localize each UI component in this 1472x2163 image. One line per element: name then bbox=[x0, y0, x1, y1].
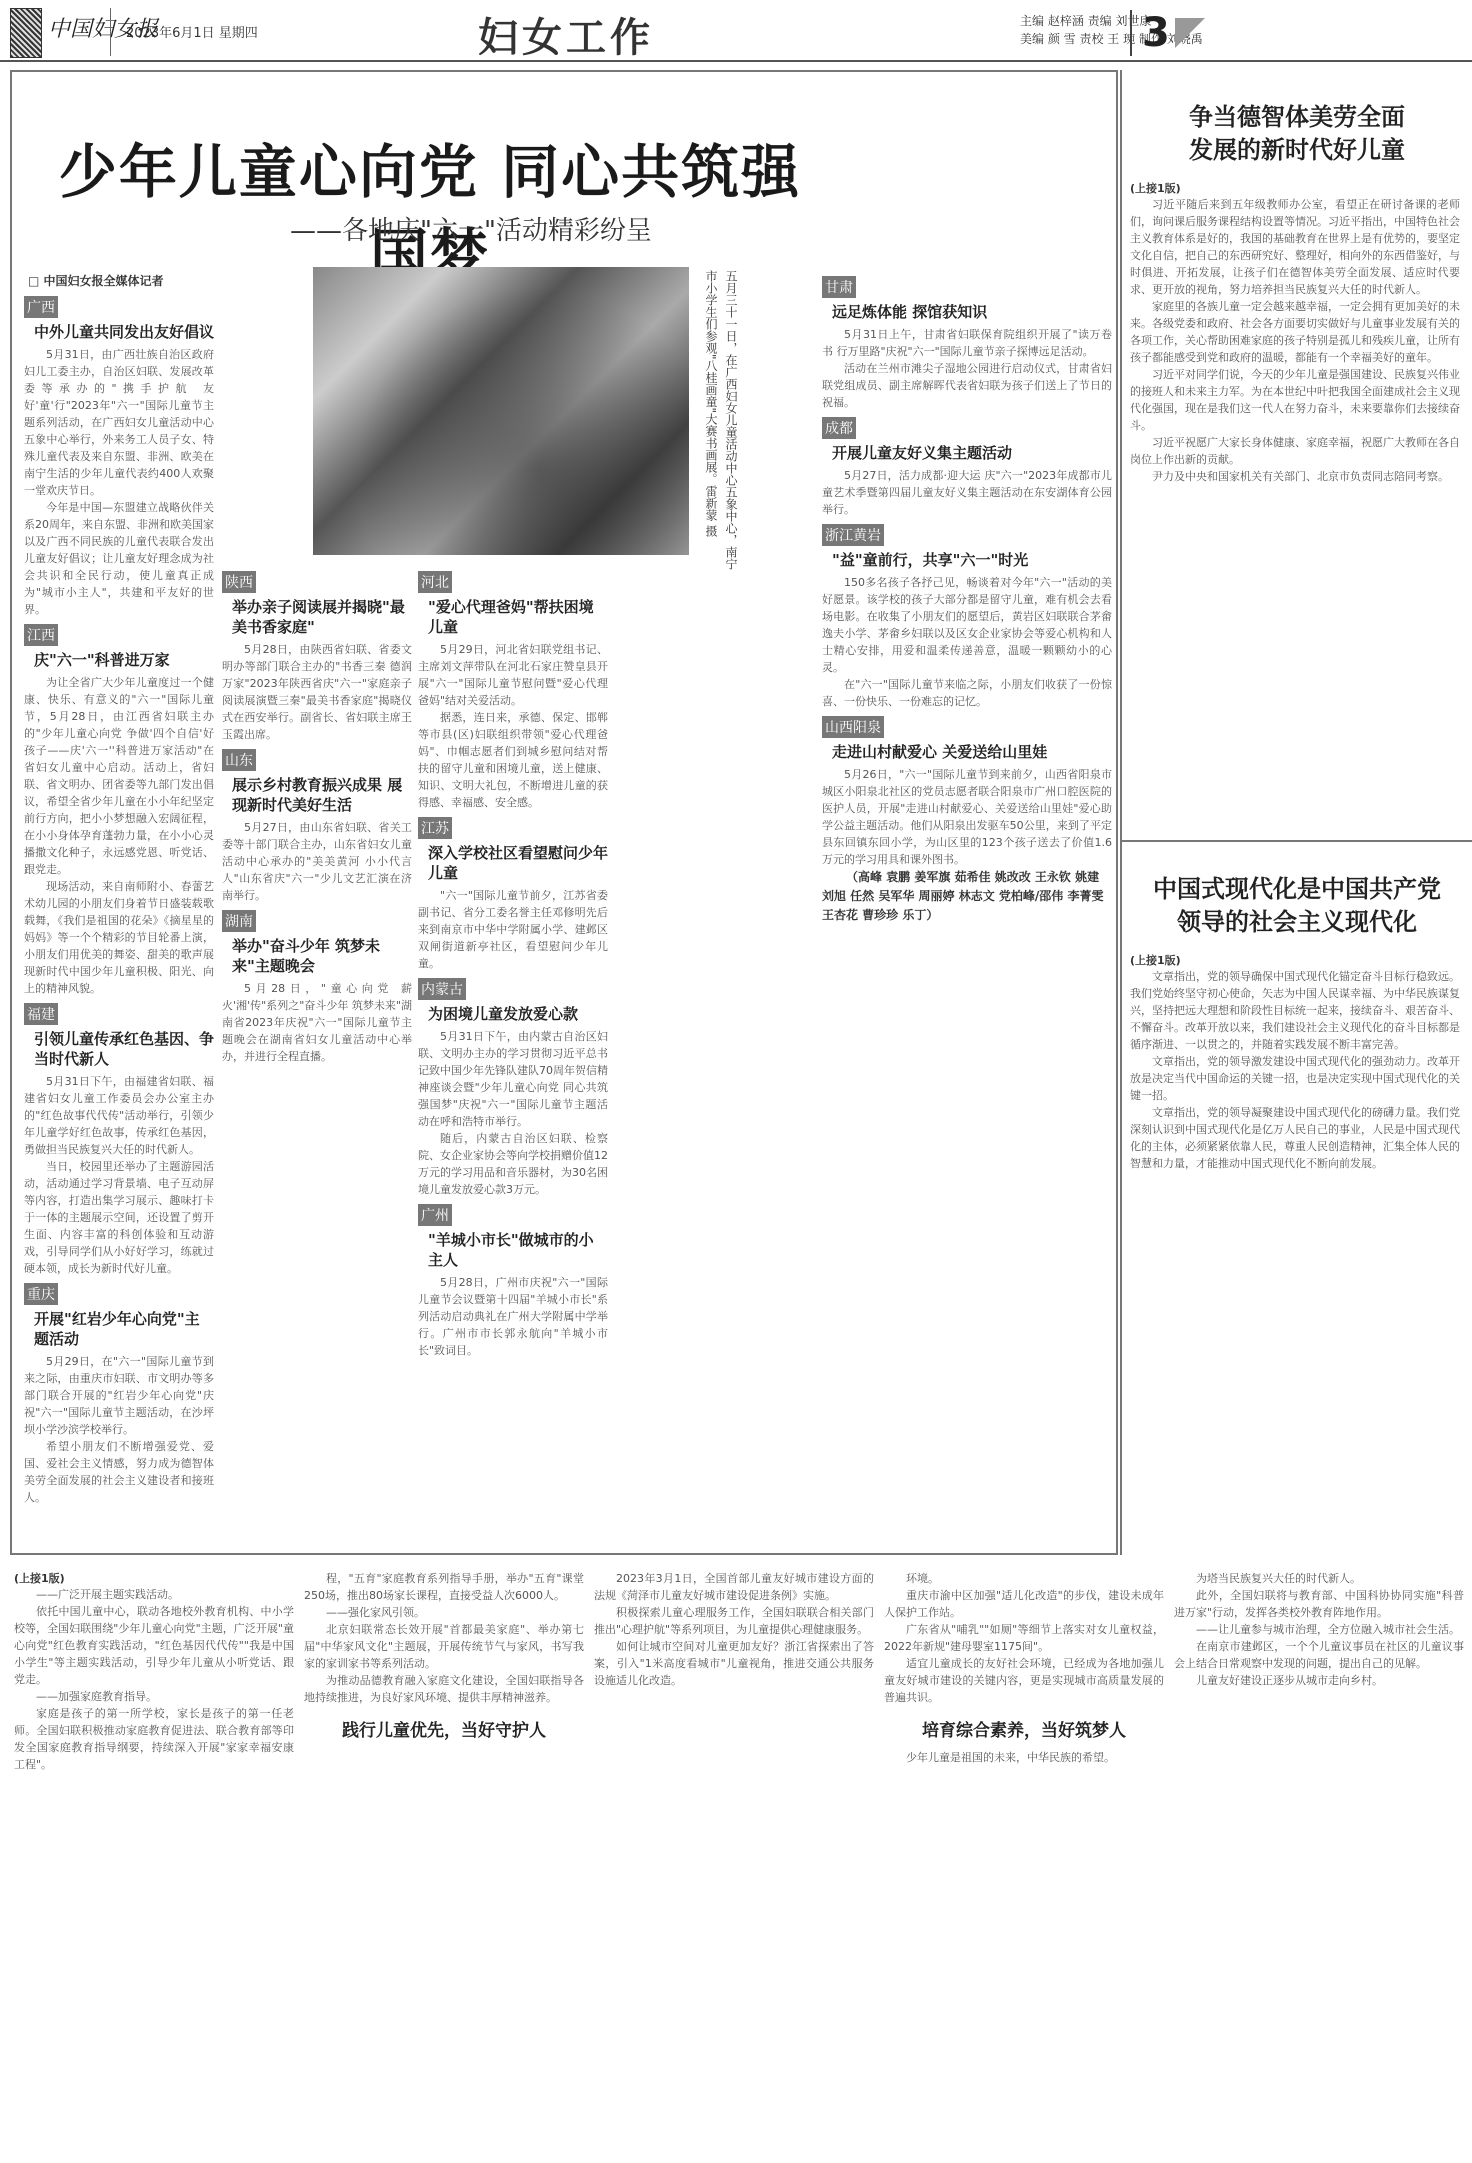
sidebar-article-title: 争当德智体美劳全面 发展的新时代好儿童 bbox=[1122, 100, 1472, 166]
paragraph: 如何让城市空间对儿童更加友好？浙江省探索出了答案，引入"1米高度看城市"儿童视角… bbox=[594, 1638, 874, 1689]
paragraph: 程，"五育"家庭教育系列指导手册，举办"五育"课堂250场，推出80场家长课程，… bbox=[304, 1570, 584, 1604]
region-section-neimenggu: 内蒙古 为困境儿童发放爱心款 5月31日下午，由内蒙古自治区妇联、文明办主办的学… bbox=[418, 972, 608, 1198]
sidebar-article-2: 中国式现代化是中国共产党 领导的社会主义现代化 (上接1版) 文章指出，党的领导… bbox=[1122, 840, 1472, 1550]
region-section-guangxi: 广西 中外儿童共同发出友好倡议 5月31日，由广西壮族自治区政府妇儿工委主办，自… bbox=[24, 290, 214, 618]
title-line: 中国式现代化是中国共产党 bbox=[1122, 872, 1472, 905]
lower-column-5: 为塔当民族复兴大任的时代新人。 此外，全国妇联将与教育部、中国科协协同实施"科普… bbox=[1174, 1570, 1464, 2160]
masthead-divider bbox=[110, 8, 111, 56]
paragraph: ——加强家庭教育指导。 bbox=[14, 1688, 294, 1705]
main-subheadline: ——各地庆"六一"活动精彩纷呈 bbox=[290, 210, 652, 247]
lower-column-2: 程，"五育"家庭教育系列指导手册，举办"五育"课堂250场，推出80场家长课程，… bbox=[304, 1570, 584, 2160]
paragraph: 在"六一"国际儿童节来临之际，小朋友们收获了一份惊喜、一份快乐、一份难忘的记忆。 bbox=[822, 676, 1112, 710]
sidebar-article-title: 中国式现代化是中国共产党 领导的社会主义现代化 bbox=[1122, 872, 1472, 938]
section-title: "羊城小市长"做城市的小主人 bbox=[428, 1230, 608, 1270]
paragraph: 5月27日，活力成都·迎大运 庆"六一"2023年成都市儿童艺术季暨第四届儿童友… bbox=[822, 467, 1112, 518]
byline: □ 中国妇女报全媒体记者 bbox=[28, 272, 164, 289]
paragraph: 适宜儿童成长的友好社会环境，已经成为各地加强儿童友好城市建设的关键内容，更是实现… bbox=[884, 1655, 1164, 1706]
article-column-1: 广西 中外儿童共同发出友好倡议 5月31日，由广西壮族自治区政府妇儿工委主办，自… bbox=[24, 290, 214, 1545]
paragraph: 150多名孩子各抒己见，畅谈着对今年"六一"活动的美好愿景。该学校的孩子大部分都… bbox=[822, 574, 1112, 676]
masthead: 中国妇女报 2023年6月1日 星期四 妇女工作 主编 赵梓涵 责编 刘世康 美… bbox=[0, 0, 1472, 62]
paragraph: 据悉，连日来，承德、保定、邯郸等市县(区)妇联组织带领"爱心代理爸妈"、巾帼志愿… bbox=[418, 709, 608, 811]
paragraph: 重庆市渝中区加强"适儿化改造"的步伐，建设未成年人保护工作站。 bbox=[884, 1587, 1164, 1621]
region-tag: 山西阳泉 bbox=[822, 716, 884, 738]
paragraph: 依托中国儿童中心，联动各地校外教育机构、中小学校等，全国妇联围绕"少年儿童心向党… bbox=[14, 1603, 294, 1688]
continued-label: (上接1版) bbox=[14, 1570, 294, 1586]
section-title: 举办"奋斗少年 筑梦未来"主题晚会 bbox=[232, 936, 412, 976]
section-title: 庆"六一"科普进万家 bbox=[34, 650, 214, 670]
region-section-hebei: 河北 "爱心代理爸妈"帮扶困境儿童 5月29日，河北省妇联党组书记、主席刘文萍带… bbox=[418, 565, 608, 811]
section-title: 开展儿童友好义集主题活动 bbox=[832, 443, 1112, 463]
region-section-fujian: 福建 引领儿童传承红色基因、争当时代新人 5月31日下午，由福建省妇联、福建省妇… bbox=[24, 997, 214, 1277]
lower-column-3: 2023年3月1日，全国首部儿童友好城市建设方面的法规《菏泽市儿童友好城市建设促… bbox=[594, 1570, 874, 2160]
region-tag: 河北 bbox=[418, 571, 452, 593]
lower-column-4: 环境。 重庆市渝中区加强"适儿化改造"的步伐，建设未成年人保护工作站。 广东省从… bbox=[884, 1570, 1164, 2160]
region-tag: 江苏 bbox=[418, 817, 452, 839]
paragraph: 为塔当民族复兴大任的时代新人。 bbox=[1174, 1570, 1464, 1587]
paragraph: 现场活动，来自南师附小、春蕾艺术幼儿园的小朋友们身着节日盛装载歌载舞，《我们是祖… bbox=[24, 878, 214, 997]
paragraph: ——广泛开展主题实践活动。 bbox=[14, 1586, 294, 1603]
region-section-shandong: 山东 展示乡村教育振兴成果 展现新时代美好生活 5月27日，由山东省妇联、省关工… bbox=[222, 743, 412, 904]
paragraph: 在南京市建邺区，一个个儿童议事员在社区的儿童议事会上结合日常观察中发现的问题，提… bbox=[1174, 1638, 1464, 1672]
paragraph: 为让全省广大少年儿童度过一个健康、快乐、有意义的"六一"国际儿童节，5月28日，… bbox=[24, 674, 214, 878]
region-section-guangzhou: 广州 "羊城小市长"做城市的小主人 5月28日，广州市庆祝"六一"国际儿童节会议… bbox=[418, 1198, 608, 1359]
title-line: 发展的新时代好儿童 bbox=[1122, 133, 1472, 166]
paragraph: 文章指出，党的领导凝聚建设中国式现代化的磅礴力量。我们党深刻认识到中国式现代化是… bbox=[1122, 1104, 1472, 1172]
paragraph: "六一"国际儿童节前夕，江苏省委副书记、省分工委名誉主任邓修明先后来到南京市中华… bbox=[418, 887, 608, 972]
paragraph: 5月28日，由陕西省妇联、省委文明办等部门联合主办的"书香三秦 德润万家"202… bbox=[222, 641, 412, 743]
issue-date: 2023年6月1日 星期四 bbox=[126, 22, 258, 41]
article-column-2: 陕西 举办亲子阅读展并揭晓"最美书香家庭" 5月28日，由陕西省妇联、省委文明办… bbox=[222, 565, 412, 1545]
page-number: 3 bbox=[1130, 10, 1170, 56]
lower-subhead: 培育综合素养，当好筑梦人 bbox=[884, 1716, 1164, 1741]
article-column-4: 甘肃 远足炼体能 探馆获知识 5月31日上午，甘肃省妇联保育院组织开展了"读万卷… bbox=[822, 270, 1112, 1545]
paragraph: 北京妇联常态长效开展"首都最美家庭"、举办第七届"中华家风文化"主题展，开展传统… bbox=[304, 1621, 584, 1672]
paragraph: 家庭是孩子的第一所学校，家长是孩子的第一任老师。全国妇联积极推动家庭教育促进法、… bbox=[14, 1705, 294, 1773]
paragraph: ——强化家风引领。 bbox=[304, 1604, 584, 1621]
paragraph: 文章指出，党的领导激发建设中国式现代化的强劲动力。改革开放是决定当代中国命运的关… bbox=[1122, 1053, 1472, 1104]
section-title: "益"童前行，共享"六一"时光 bbox=[832, 550, 1112, 570]
continued-label: (上接1版) bbox=[1130, 180, 1472, 196]
title-line: 领导的社会主义现代化 bbox=[1122, 905, 1472, 938]
paragraph: 5月31日下午，由内蒙古自治区妇联、文明办主办的学习贯彻习近平总书记致中国少年先… bbox=[418, 1028, 608, 1130]
sidebar-articles: 争当德智体美劳全面 发展的新时代好儿童 (上接1版) 习近平随后来到五年级教师办… bbox=[1120, 70, 1472, 1555]
paragraph: 5月28日，"童心向党 薪火'湘'传"系列之"奋斗少年 筑梦未来"湖南省2023… bbox=[222, 980, 412, 1065]
region-tag: 内蒙古 bbox=[418, 978, 466, 1000]
paragraph: 此外，全国妇联将与教育部、中国科协协同实施"科普进万家"行动，发挥各类校外教育阵… bbox=[1174, 1587, 1464, 1621]
continued-label: (上接1版) bbox=[1130, 952, 1472, 968]
section-title: 深入学校社区看望慰问少年儿童 bbox=[428, 843, 608, 883]
paragraph: 为推动品德教育融入家庭文化建设，全国妇联指导各地持续推进，为良好家风环境、提供丰… bbox=[304, 1672, 584, 1706]
paragraph: 5月27日，由山东省妇联、省关工委等十部门联合主办，山东省妇女儿童活动中心承办的… bbox=[222, 819, 412, 904]
region-tag: 福建 bbox=[24, 1003, 58, 1025]
lower-column-1: (上接1版) ——广泛开展主题实践活动。 依托中国儿童中心，联动各地校外教育机构… bbox=[14, 1570, 294, 2160]
section-title: 开展"红岩少年心向党"主题活动 bbox=[34, 1309, 214, 1349]
paragraph: 5月26日，"六一"国际儿童节到来前夕，山西省阳泉市城区小阳泉北社区的党员志愿者… bbox=[822, 766, 1112, 868]
region-section-chongqing: 重庆 开展"红岩少年心向党"主题活动 5月29日，在"六一"国际儿童节到来之际，… bbox=[24, 1277, 214, 1506]
paragraph: 习近平对同学们说，今天的少年儿童是强国建设、民族复兴伟业的接班人和未来主力军。为… bbox=[1122, 366, 1472, 434]
region-tag: 甘肃 bbox=[822, 276, 856, 298]
region-section-jiangsu: 江苏 深入学校社区看望慰问少年儿童 "六一"国际儿童节前夕，江苏省委副书记、省分… bbox=[418, 811, 608, 972]
photo-caption: 五月三十一日，在广西妇女儿童活动中心五象中心，南宁市小学生们参观"八桂画童"大赛… bbox=[695, 270, 741, 570]
paragraph: 5月28日，广州市庆祝"六一"国际儿童节会议暨第十四届"羊城小市长"系列活动启动… bbox=[418, 1274, 608, 1359]
section-title: 中外儿童共同发出友好倡议 bbox=[34, 322, 214, 342]
paragraph: 广东省从"哺乳""如厕"等细节上落实对女儿童权益，2022年新规"建母婴室117… bbox=[884, 1621, 1164, 1655]
reporter-credits: （高峰 袁鹏 姜军旗 茹希佳 姚改改 王永钦 姚建 刘旭 任然 吴军华 周丽婷 … bbox=[822, 868, 1112, 925]
article-column-3: 河北 "爱心代理爸妈"帮扶困境儿童 5月29日，河北省妇联党组书记、主席刘文萍带… bbox=[418, 565, 608, 1545]
paragraph: 2023年3月1日，全国首部儿童友好城市建设方面的法规《菏泽市儿童友好城市建设促… bbox=[594, 1570, 874, 1604]
region-section-zhejiang-huangyan: 浙江黄岩 "益"童前行，共享"六一"时光 150多名孩子各抒己见，畅谈着对今年"… bbox=[822, 518, 1112, 710]
paragraph: 环境。 bbox=[884, 1570, 1164, 1587]
paragraph: 5月31日，由广西壮族自治区政府妇儿工委主办，自治区妇联、发展改革委等承办的"携… bbox=[24, 346, 214, 499]
paragraph: 当日，校园里还举办了主题游园活动，活动通过学习背景墙、电子互动屏等内容，打造出集… bbox=[24, 1158, 214, 1277]
page-corner-triangle-icon bbox=[1175, 18, 1205, 48]
region-section-hunan: 湖南 举办"奋斗少年 筑梦未来"主题晚会 5月28日，"童心向党 薪火'湘'传"… bbox=[222, 904, 412, 1065]
lower-subhead: 践行儿童优先，当好守护人 bbox=[304, 1716, 584, 1741]
section-title: 妇女工作 bbox=[478, 6, 654, 63]
region-tag: 重庆 bbox=[24, 1283, 58, 1305]
article-photo bbox=[313, 267, 689, 555]
paragraph: 儿童友好建设正逐步从城市走向乡村。 bbox=[1174, 1672, 1464, 1689]
paragraph: 5月31日下午，由福建省妇联、福建省妇女儿童工作委员会办公室主办的"红色故事代代… bbox=[24, 1073, 214, 1158]
sidebar-article-1: 争当德智体美劳全面 发展的新时代好儿童 (上接1版) 习近平随后来到五年级教师办… bbox=[1122, 70, 1472, 840]
paragraph: 5月31日上午，甘肃省妇联保育院组织开展了"读万卷书 行万里路"庆祝"六一"国际… bbox=[822, 326, 1112, 360]
paragraph: 5月29日，在"六一"国际儿童节到来之际，由重庆市妇联、市文明办等多部门联合开展… bbox=[24, 1353, 214, 1438]
region-tag: 湖南 bbox=[222, 910, 256, 932]
paragraph: 尹力及中央和国家机关有关部门、北京市负责同志陪同考察。 bbox=[1122, 468, 1472, 485]
paragraph: 文章指出，党的领导确保中国式现代化锚定奋斗目标行稳致远。我们党始终坚守初心使命，… bbox=[1122, 968, 1472, 1053]
paragraph: 少年儿童是祖国的未来，中华民族的希望。 bbox=[884, 1749, 1164, 1766]
section-title: 引领儿童传承红色基因、争当时代新人 bbox=[34, 1029, 214, 1069]
region-tag: 浙江黄岩 bbox=[822, 524, 884, 546]
paragraph: 家庭里的各族儿童一定会越来越幸福，一定会拥有更加美好的未来。各级党委和政府、社会… bbox=[1122, 298, 1472, 366]
region-section-jiangxi: 江西 庆"六一"科普进万家 为让全省广大少年儿童度过一个健康、快乐、有意义的"六… bbox=[24, 618, 214, 997]
region-tag: 广州 bbox=[418, 1204, 452, 1226]
region-tag: 江西 bbox=[24, 624, 58, 646]
paragraph: ——让儿童参与城市治理，全方位融入城市社会生活。 bbox=[1174, 1621, 1464, 1638]
paragraph: 习近平随后来到五年级教师办公室，看望正在研讨备课的老师们，询问课后服务课程结构设… bbox=[1122, 196, 1472, 298]
paragraph: 习近平祝愿广大家长身体健康、家庭幸福，祝愿广大教师在各自岗位上作出新的贡献。 bbox=[1122, 434, 1472, 468]
region-section-gansu: 甘肃 远足炼体能 探馆获知识 5月31日上午，甘肃省妇联保育院组织开展了"读万卷… bbox=[822, 270, 1112, 411]
region-section-chengdu: 成都 开展儿童友好义集主题活动 5月27日，活力成都·迎大运 庆"六一"2023… bbox=[822, 411, 1112, 518]
region-section-shaanxi: 陕西 举办亲子阅读展并揭晓"最美书香家庭" 5月28日，由陕西省妇联、省委文明办… bbox=[222, 565, 412, 743]
qr-code-icon bbox=[10, 8, 42, 58]
section-title: 远足炼体能 探馆获知识 bbox=[832, 302, 1112, 322]
section-title: 走进山村献爱心 关爱送给山里娃 bbox=[832, 742, 1112, 762]
section-title: 展示乡村教育振兴成果 展现新时代美好生活 bbox=[232, 775, 412, 815]
title-line: 争当德智体美劳全面 bbox=[1122, 100, 1472, 133]
paragraph: 今年是中国—东盟建立战略伙伴关系20周年，来自东盟、非洲和欧美国家以及广西不同民… bbox=[24, 499, 214, 618]
region-tag: 成都 bbox=[822, 417, 856, 439]
region-tag: 陕西 bbox=[222, 571, 256, 593]
paragraph: 随后，内蒙古自治区妇联、检察院、女企业家协会等向学校捐赠价值12万元的学习用品和… bbox=[418, 1130, 608, 1198]
paragraph: 积极探索儿童心理服务工作，全国妇联联合相关部门推出"心理护航"等系列项目，为儿童… bbox=[594, 1604, 874, 1638]
paragraph: 希望小朋友们不断增强爱党、爱国、爱社会主义情感，努力成为德智体美劳全面发展的社会… bbox=[24, 1438, 214, 1506]
paragraph: 活动在兰州市滩尖子湿地公园进行启动仪式，甘肃省妇联党组成员、副主席解晖代表省妇联… bbox=[822, 360, 1112, 411]
region-tag: 山东 bbox=[222, 749, 256, 771]
region-section-shanxi-yangquan: 山西阳泉 走进山村献爱心 关爱送给山里娃 5月26日，"六一"国际儿童节到来前夕… bbox=[822, 710, 1112, 868]
paragraph: 5月29日，河北省妇联党组书记、主席刘文萍带队在河北石家庄赞皇县开展"六一"国际… bbox=[418, 641, 608, 709]
section-title: "爱心代理爸妈"帮扶困境儿童 bbox=[428, 597, 608, 637]
region-tag: 广西 bbox=[24, 296, 58, 318]
section-title: 为困境儿童发放爱心款 bbox=[428, 1004, 608, 1024]
section-title: 举办亲子阅读展并揭晓"最美书香家庭" bbox=[232, 597, 412, 637]
